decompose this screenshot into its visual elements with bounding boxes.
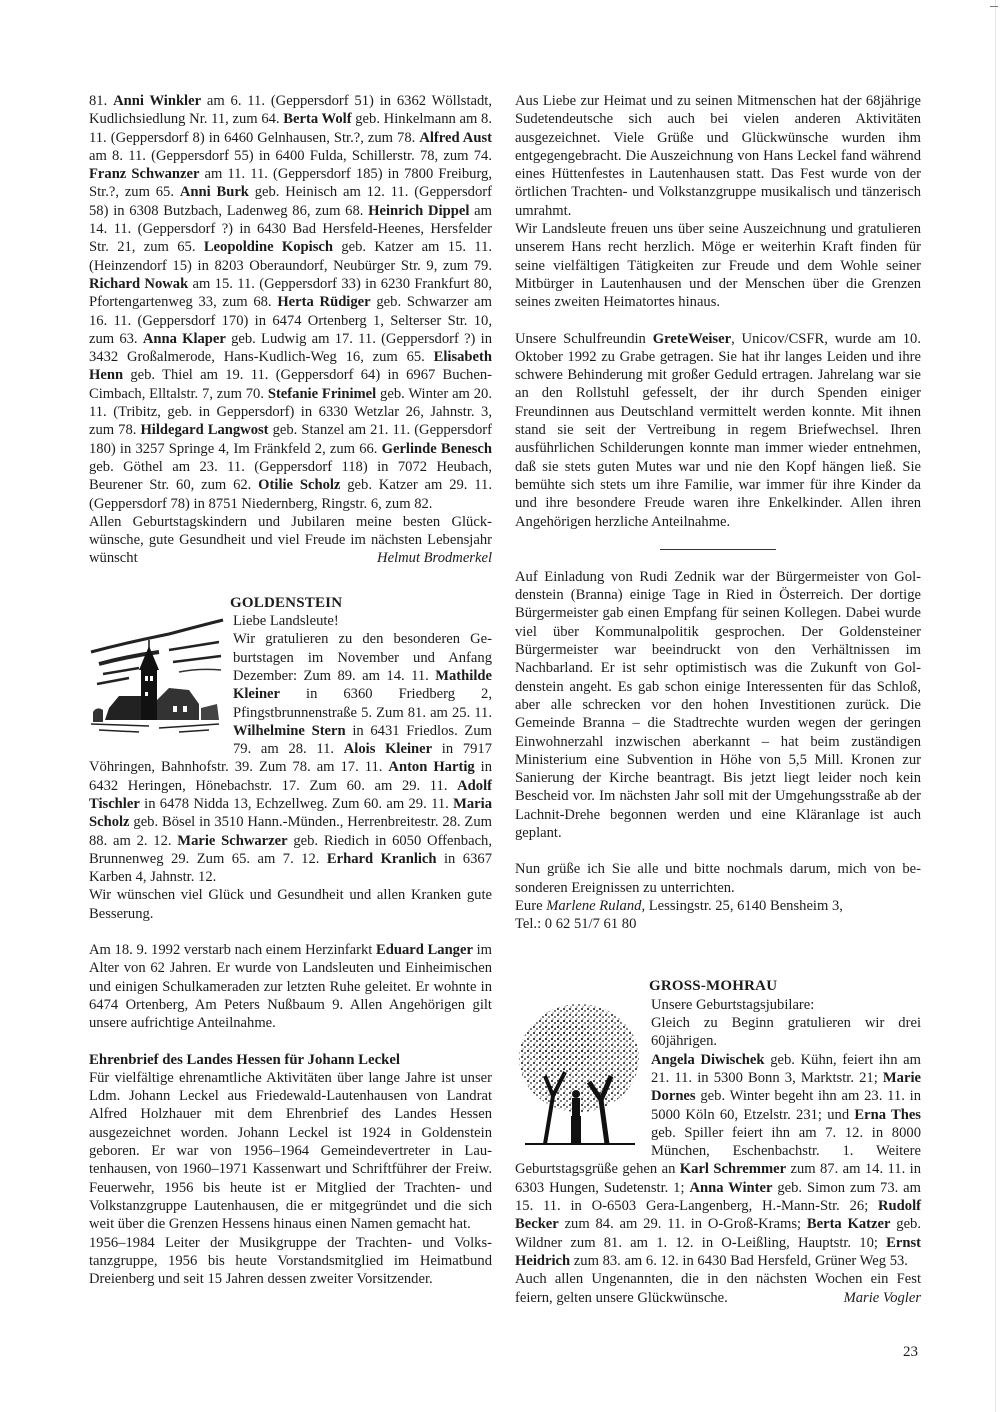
- person-name: Angela Diwischek: [651, 1052, 765, 1068]
- person-name: Anni Burk: [180, 184, 249, 200]
- person-name: Eduard Lan­ger: [376, 942, 473, 958]
- person-name: Berta Wolf: [283, 111, 351, 127]
- person-name: Anton Hartig: [388, 759, 474, 775]
- person-name: Marie Dornes: [651, 1070, 921, 1104]
- person-name: Elisabeth Henn: [89, 349, 492, 383]
- closing-author: Marlene Ruland,: [546, 898, 645, 914]
- page-number: 23: [903, 1344, 918, 1361]
- goldenstein-closing: Wir wünschen viel Glück und Gesundheit u…: [89, 886, 492, 923]
- person-name: Erna Thes: [854, 1107, 921, 1123]
- page-edge-mark: [990, 6, 998, 7]
- person-name: Maria Scholz: [89, 796, 492, 830]
- wishes-signature: Helmut Brodmerkel: [377, 549, 492, 567]
- person-name: GreteWeiser: [653, 331, 731, 347]
- tree-illustration: [515, 996, 645, 1151]
- leckel-paragraph-2: Wir Landsleute freuen uns über seine Aus…: [515, 220, 921, 311]
- right-column: Aus Liebe zur Heimat und zu seinen Mitme…: [515, 92, 921, 1307]
- person-name: Erhard Kranlich: [327, 851, 437, 867]
- gross-mohrau-title: GROSS-MOHRAU: [649, 977, 921, 995]
- person-name: Herta Rüdiger: [277, 294, 370, 310]
- person-name: Gerlinde Benesch: [382, 441, 492, 457]
- goldenstein-title: GOLDENSTEIN: [230, 594, 492, 612]
- page-edge-line: [995, 0, 996, 1412]
- person-name: Ernst Heidrich: [515, 1235, 921, 1269]
- person-name: Adolf Tischler: [89, 778, 492, 812]
- ehrenbrief-paragraph-2: 1956–1984 Leiter der Musikgruppe der Tra…: [89, 1234, 492, 1289]
- person-name: Anna Klaper: [143, 331, 226, 347]
- person-name: Richard Nowak: [89, 276, 188, 292]
- birthday-list-paragraph: 81. Anni Winkler am 6. 11. (Geppersdorf …: [89, 92, 492, 513]
- person-name: Karl Schremmer: [680, 1161, 786, 1177]
- branna-report-paragraph: Auf Einladung von Rudi Zednik war der Bü…: [515, 568, 921, 842]
- gross-mohrau-signature: Marie Vogler: [844, 1289, 921, 1307]
- closing-signature-line: Eure Marlene Ruland, Lessingstr. 25, 614…: [515, 897, 921, 915]
- person-name: Otilie Scholz: [258, 477, 340, 493]
- church-landscape-icon: [89, 612, 225, 734]
- person-name: Anna Winter: [689, 1180, 772, 1196]
- goldenstein-section: GOLDENSTEIN Liebe L: [89, 594, 492, 923]
- obituary-langer-paragraph: Am 18. 9. 1992 verstarb nach einem Herzi…: [89, 941, 492, 1032]
- ehrenbrief-paragraph-1: Für vielfältige ehrenamtliche Aktivitäte…: [89, 1069, 492, 1234]
- person-name: Al­fred Aust: [419, 130, 492, 146]
- closing-address: Lessingstr. 25, 6140 Bensheim 3,: [645, 898, 843, 914]
- person-name: Leopoldine Kopisch: [204, 239, 333, 255]
- person-name: Mathil­de Kleiner: [233, 668, 492, 702]
- section-divider: [660, 549, 776, 550]
- person-name: Alois Kleiner: [344, 741, 432, 757]
- left-column: 81. Anni Winkler am 6. 11. (Geppersdorf …: [89, 92, 492, 1288]
- obituary-weiser-paragraph: Unsere Schulfreundin GreteWeiser, Unicov…: [515, 330, 921, 531]
- person-name: Stefanie Frinimel: [268, 386, 376, 402]
- person-name: Hilde­gard Langwost: [140, 422, 268, 438]
- church-tower-illustration: [89, 612, 225, 739]
- closing-greeting: Nun grüße ich Sie alle und bitte nochmal…: [515, 860, 921, 897]
- person-name: Wilhelmine Stern: [233, 723, 346, 739]
- leckel-paragraph-1: Aus Liebe zur Heimat und zu seinen Mitme…: [515, 92, 921, 220]
- gross-mohrau-section: GROSS-MOHRAU Unsere G: [515, 977, 921, 1306]
- closing-eure: Eure: [515, 898, 546, 914]
- ehrenbrief-heading: Ehrenbrief des Landes Hessen für Johann …: [89, 1051, 492, 1069]
- person-name: Berta Katzer: [807, 1216, 891, 1232]
- tree-statue-icon: [515, 996, 645, 1146]
- person-name: Heinrich Dippel: [368, 203, 469, 219]
- closing-phone: Tel.: 0 62 51/7 61 80: [515, 915, 921, 933]
- person-name: Franz Schwanzer: [89, 166, 199, 182]
- person-name: Marie Schwarzer: [177, 833, 287, 849]
- person-name: Anni Winkler: [113, 93, 201, 109]
